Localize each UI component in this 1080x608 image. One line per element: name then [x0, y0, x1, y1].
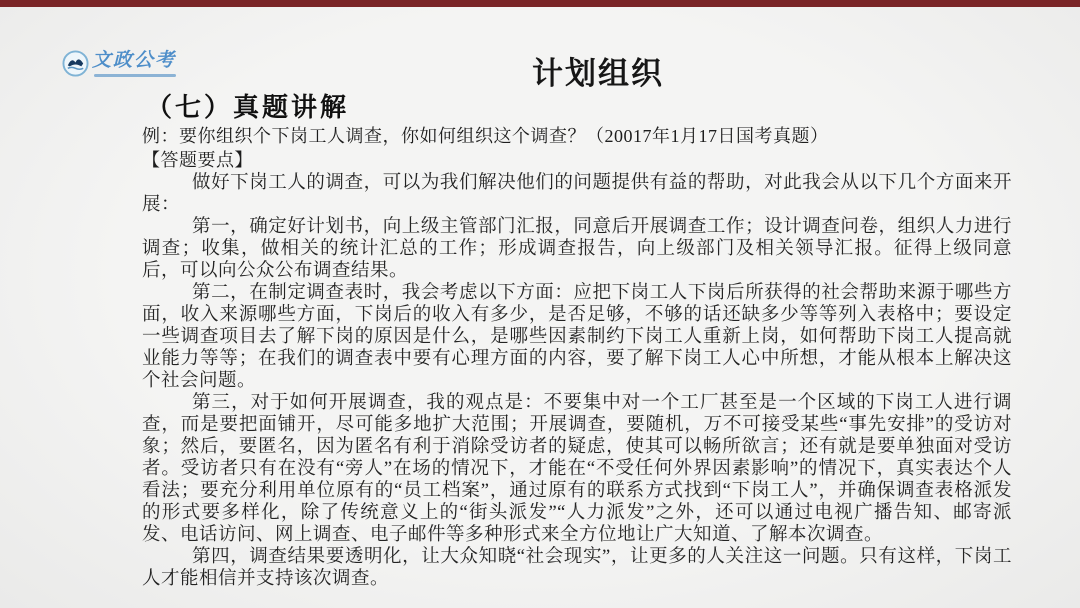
paragraph-first: 第一，确定好计划书，向上级主管部门汇报，同意后开展调查工作；设计调查问卷，组织人… [142, 216, 1012, 282]
page-title: 计划组织 [0, 56, 1080, 92]
paragraph-intro: 做好下岗工人的调查，可以为我们解决他们的问题提供有益的帮助，对此我会从以下几个方… [142, 172, 1012, 216]
lecture-slide: 文政公考 计划组织 （七）真题讲解 例：要你组织个下岗工人调查，你如何组织这个调… [0, 0, 1080, 608]
paragraph-second: 第二，在制定调查表时，我会考虑以下方面：应把下岗工人下岗后所获得的社会帮助来源于… [142, 282, 1012, 392]
top-accent-bar [0, 0, 1080, 7]
paragraph-third: 第三，对于如何开展调查，我的观点是：不要集中对一个工厂甚至是一个区域的下岗工人进… [142, 392, 1012, 546]
answer-points-label: 【答题要点】 [142, 148, 1012, 172]
example-question-line: 例：要你组织个下岗工人调查，你如何组织这个调查？（20017年1月17日国考真题… [142, 124, 1012, 148]
paragraph-fourth: 第四，调查结果要透明化，让大众知晓“社会现实”，让更多的人关注这一问题。只有这样… [142, 546, 1012, 590]
section-heading: （七）真题讲解 [146, 94, 1012, 122]
document-body: （七）真题讲解 例：要你组织个下岗工人调查，你如何组织这个调查？（20017年1… [142, 94, 1012, 590]
